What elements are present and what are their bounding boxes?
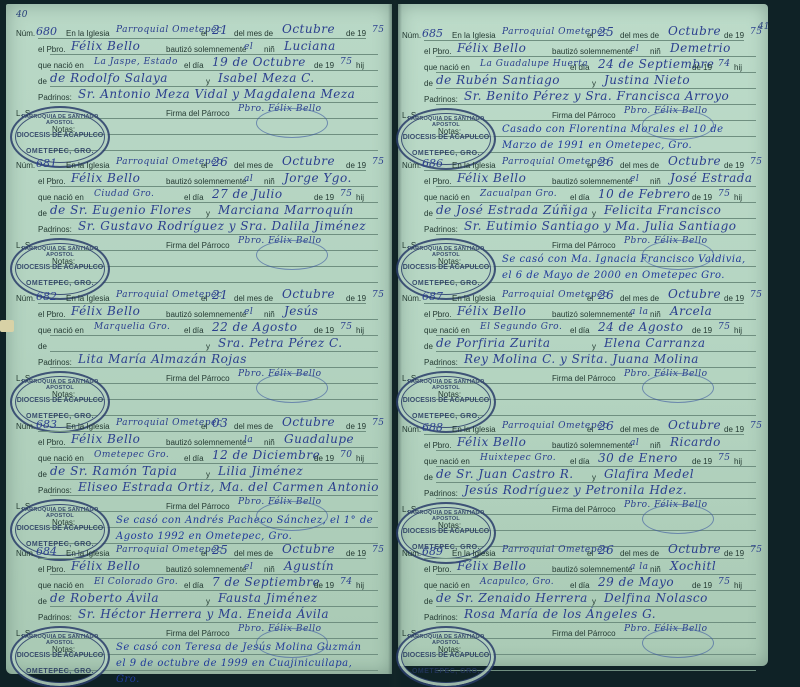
label-bautizo: bautizó solemnemente — [552, 177, 633, 186]
label-mes: del mes de — [620, 549, 659, 558]
label-y: y — [206, 470, 210, 479]
baptism-day: 26 — [212, 155, 228, 169]
label-y: y — [592, 597, 596, 606]
seal-town-text: OMETEPEC, GRO. — [12, 148, 108, 155]
priest-name: Félix Bello — [71, 171, 140, 185]
label-pbro: el Pbro. — [424, 441, 452, 450]
label-de: de — [424, 597, 433, 606]
father-name: de Sr. Juan Castro R. — [436, 467, 574, 481]
birth-year: 75 — [340, 57, 352, 67]
godparents: Jesús Rodríguez y Petronila Hdez. — [464, 483, 687, 497]
label-mes: del mes de — [620, 294, 659, 303]
seal-diocese-text: DIOCESIS DE ACAPULCO — [12, 264, 108, 271]
signature-flourish — [256, 240, 328, 270]
label-hij: hij — [734, 457, 742, 466]
birthplace: El Colorado Gro. — [94, 577, 178, 587]
birth-year: 75 — [340, 322, 352, 332]
label-nino: niñ — [264, 310, 275, 319]
priest-name: Félix Bello — [457, 559, 526, 573]
label-el: el — [587, 294, 593, 303]
baptism-day: 25 — [212, 543, 228, 557]
label-mes: del mes de — [234, 29, 273, 38]
child-article: al — [630, 438, 639, 448]
label-iglesia: En la Iglesia — [66, 29, 110, 38]
birthplace: Acapulco, Gro. — [480, 577, 554, 587]
label-pbro: el Pbro. — [38, 45, 66, 54]
label-de: de — [424, 79, 433, 88]
baptism-year: 75 — [372, 25, 384, 35]
baptism-entry: Núm.687En la IglesiaParroquial Ometepece… — [402, 293, 762, 425]
entry-number: 684 — [36, 545, 57, 558]
book-gutter — [388, 0, 402, 687]
father-name: de Roberto Ávila — [50, 591, 159, 605]
label-y: y — [206, 342, 210, 351]
label-iglesia: En la Iglesia — [452, 549, 496, 558]
ruled-line — [436, 319, 756, 320]
label-dia: el día — [184, 61, 204, 70]
label-hij: hij — [356, 193, 364, 202]
baptism-year: 75 — [372, 157, 384, 167]
label-el: el — [201, 294, 207, 303]
child-article: el — [630, 44, 639, 54]
label-num: Núm. — [402, 549, 421, 558]
priest-name: Félix Bello — [457, 41, 526, 55]
label-dia: el día — [570, 581, 590, 590]
ruled-line — [436, 367, 756, 368]
label-padrinos: Padrinos: — [424, 225, 458, 234]
parish-seal-stamp: PARROQUIA DE SANTIAGO APOSTOL DIOCESIS D… — [396, 238, 496, 300]
label-year: de 19 — [724, 549, 744, 558]
label-year: de 19 — [346, 549, 366, 558]
label-firma: Firma del Párroco — [166, 629, 230, 638]
label-bautizo: bautizó solemnemente — [552, 441, 633, 450]
label-birth-year: de 19 — [314, 326, 334, 335]
baptism-month: Octubre — [668, 542, 721, 556]
child-article: a la — [630, 307, 648, 317]
seal-parish-text: PARROQUIA DE SANTIAGO APOSTOL — [12, 634, 108, 646]
label-iglesia: En la Iglesia — [66, 549, 110, 558]
label-mes: del mes de — [234, 549, 273, 558]
label-bautizo: bautizó solemnemente — [552, 47, 633, 56]
birthplace: Ometepec Gro. — [94, 450, 169, 460]
label-firma: Firma del Párroco — [166, 374, 230, 383]
child-name: José Estrada — [670, 171, 753, 185]
ruled-line — [50, 234, 378, 235]
label-year: de 19 — [346, 29, 366, 38]
child-article: el — [244, 307, 253, 317]
label-bautizo: bautizó solemnemente — [166, 310, 247, 319]
label-padrinos: Padrinos: — [38, 225, 72, 234]
label-padrinos: Padrinos: — [424, 95, 458, 104]
ruled-line — [436, 622, 756, 623]
label-firma: Firma del Párroco — [166, 109, 230, 118]
priest-name: Félix Bello — [71, 432, 140, 446]
seal-town-text: OMETEPEC, GRO. — [12, 413, 108, 420]
label-dia: el día — [570, 326, 590, 335]
label-iglesia: En la Iglesia — [452, 294, 496, 303]
godparents: Rosa María de los Ángeles G. — [464, 607, 656, 621]
label-padrinos: Padrinos: — [38, 358, 72, 367]
label-el: el — [201, 29, 207, 38]
birthplace: Ciudad Gro. — [94, 189, 154, 199]
mother-name: Marciana Marroquín — [218, 203, 354, 217]
father-name: de José Estrada Zúñiga — [436, 203, 588, 217]
entry-notes: Casado con Florentina Morales el 10 de M… — [502, 122, 752, 154]
label-hij: hij — [734, 581, 742, 590]
label-de: de — [424, 473, 433, 482]
baptism-entry: Núm.682En la IglesiaParroquial Ometepece… — [16, 293, 384, 425]
label-iglesia: En la Iglesia — [452, 31, 496, 40]
label-year: de 19 — [724, 425, 744, 434]
label-birth-year: de 19 — [692, 457, 712, 466]
baptism-day: 26 — [598, 543, 614, 557]
label-padrinos: Padrinos: — [424, 613, 458, 622]
parish-seal-stamp: PARROQUIA DE SANTIAGO APOSTOL DIOCESIS D… — [10, 626, 110, 687]
label-y: y — [206, 597, 210, 606]
label-hij: hij — [734, 63, 742, 72]
seal-parish-text: PARROQUIA DE SANTIAGO APOSTOL — [398, 246, 494, 258]
entry-number: 680 — [36, 25, 57, 38]
baptism-entry: Núm.689En la IglesiaParroquial Ometepece… — [402, 548, 762, 680]
child-name: Xochitl — [670, 559, 716, 573]
label-el: el — [587, 549, 593, 558]
parish-seal-stamp: PARROQUIA DE SANTIAGO APOSTOL DIOCESIS D… — [396, 626, 496, 687]
label-num: Núm. — [16, 549, 35, 558]
mother-name: Fausta Jiménez — [218, 591, 318, 605]
baptism-month: Octubre — [282, 22, 335, 36]
label-pbro: el Pbro. — [38, 177, 66, 186]
birthplace: La Jaspe, Estado — [94, 57, 178, 67]
birth-year: 75 — [340, 189, 352, 199]
godparents: Sr. Eutimio Santiago y Ma. Julia Santiag… — [464, 219, 736, 233]
child-name: Jesús — [284, 304, 318, 318]
birth-date: 12 de Diciembre — [212, 448, 320, 462]
label-hij: hij — [734, 326, 742, 335]
label-mes: del mes de — [620, 425, 659, 434]
label-mes: del mes de — [620, 161, 659, 170]
godparents: Sr. Antonio Meza Vidal y Magdalena Meza — [78, 87, 355, 101]
ruled-line — [50, 367, 378, 368]
label-nino: niñ — [650, 47, 661, 56]
label-el: el — [587, 161, 593, 170]
label-el: el — [201, 161, 207, 170]
label-dia: el día — [184, 193, 204, 202]
priest-name: Félix Bello — [457, 304, 526, 318]
label-padrinos: Padrinos: — [424, 358, 458, 367]
baptism-entry: Núm.683En la IglesiaParroquial Ometepece… — [16, 421, 384, 553]
seal-town-text: OMETEPEC, GRO. — [398, 280, 494, 287]
child-name: Guadalupe — [284, 432, 354, 446]
label-num: Núm. — [16, 161, 35, 170]
label-y: y — [592, 209, 596, 218]
mother-name: Delfina Nolasco — [604, 591, 708, 605]
signature-flourish — [642, 628, 714, 658]
seal-parish-text: PARROQUIA DE SANTIAGO APOSTOL — [398, 379, 494, 391]
child-article: el — [630, 174, 639, 184]
baptism-year: 75 — [750, 545, 762, 555]
entry-number: 687 — [422, 290, 443, 303]
baptism-day: 21 — [212, 23, 228, 37]
godparents: Rey Molina C. y Srita. Juana Molina — [464, 352, 699, 366]
birthplace: Marquelia Gro. — [94, 322, 170, 332]
entry-notes: Se casó con Ma. Ignacia Francisco Valdiv… — [502, 252, 752, 284]
father-name: de Sr. Eugenio Flores — [50, 203, 192, 217]
label-nino: niñ — [264, 45, 275, 54]
label-nacio: que nació en — [38, 454, 84, 463]
label-y: y — [592, 342, 596, 351]
label-birth-year: de 19 — [314, 581, 334, 590]
baptism-entry: Núm.688En la IglesiaParroquial Ometepece… — [402, 424, 762, 556]
ruled-line — [436, 574, 756, 575]
birthplace: El Segundo Gro. — [480, 322, 562, 332]
label-pbro: el Pbro. — [38, 310, 66, 319]
priest-name: Félix Bello — [71, 304, 140, 318]
mother-name: Sra. Petra Pérez C. — [218, 336, 343, 350]
father-name: de Sr. Ramón Tapia — [50, 464, 177, 478]
father-name: de Sr. Zenaido Herrera — [436, 591, 588, 605]
label-de: de — [38, 342, 47, 351]
entry-number: 682 — [36, 290, 57, 303]
label-pbro: el Pbro. — [424, 177, 452, 186]
mother-name: Elena Carranza — [604, 336, 706, 350]
seal-diocese-text: DIOCESIS DE ACAPULCO — [12, 397, 108, 404]
label-nino: niñ — [650, 310, 661, 319]
mother-name: Isabel Meza C. — [218, 71, 315, 85]
ruled-line — [436, 234, 756, 235]
label-iglesia: En la Iglesia — [66, 161, 110, 170]
label-iglesia: En la Iglesia — [452, 161, 496, 170]
label-nacio: que nació en — [424, 63, 470, 72]
signature-flourish — [642, 373, 714, 403]
ruled-line — [50, 102, 378, 103]
priest-name: Félix Bello — [71, 559, 140, 573]
child-name: Ricardo — [670, 435, 721, 449]
baptism-year: 75 — [750, 290, 762, 300]
label-de: de — [424, 342, 433, 351]
label-pbro: el Pbro. — [424, 47, 452, 56]
seal-town-text: OMETEPEC, GRO. — [398, 150, 494, 157]
label-mes: del mes de — [234, 294, 273, 303]
birth-date: 30 de Enero — [598, 451, 678, 465]
label-nacio: que nació en — [38, 61, 84, 70]
seal-parish-text: PARROQUIA DE SANTIAGO APOSTOL — [12, 507, 108, 519]
label-padrinos: Padrinos: — [38, 613, 72, 622]
mother-name: Glafira Medel — [604, 467, 694, 481]
label-nino: niñ — [650, 565, 661, 574]
label-dia: el día — [184, 581, 204, 590]
label-y: y — [592, 79, 596, 88]
label-el: el — [587, 31, 593, 40]
label-num: Núm. — [16, 29, 35, 38]
entry-number: 683 — [36, 418, 57, 431]
priest-name: Félix Bello — [457, 171, 526, 185]
birth-year: 70 — [340, 450, 352, 460]
seal-town-text: OMETEPEC, GRO. — [12, 541, 108, 548]
birthplace: Zacualpan Gro. — [480, 189, 557, 199]
birth-date: 7 de Septiembre — [212, 575, 320, 589]
label-birth-year: de 19 — [692, 63, 712, 72]
label-nino: niñ — [650, 441, 661, 450]
seal-town-text: OMETEPEC, GRO. — [12, 668, 108, 675]
baptism-month: Octubre — [282, 415, 335, 429]
label-y: y — [206, 209, 210, 218]
label-birth-year: de 19 — [314, 454, 334, 463]
birth-date: 29 de Mayo — [598, 575, 674, 589]
label-de: de — [38, 209, 47, 218]
signature-flourish — [642, 504, 714, 534]
entry-number: 688 — [422, 421, 443, 434]
birth-date: 27 de Julio — [212, 187, 283, 201]
label-y: y — [206, 77, 210, 86]
child-name: Jorge Ygo. — [284, 171, 352, 185]
label-de: de — [38, 77, 47, 86]
label-birth-year: de 19 — [314, 193, 334, 202]
baptism-year: 75 — [372, 418, 384, 428]
seal-diocese-text: DIOCESIS DE ACAPULCO — [398, 397, 494, 404]
ruled-line — [436, 104, 756, 105]
label-num: Núm. — [402, 425, 421, 434]
label-num: Núm. — [402, 161, 421, 170]
label-firma: Firma del Párroco — [552, 374, 616, 383]
label-nacio: que nació en — [424, 581, 470, 590]
label-firma: Firma del Párroco — [552, 629, 616, 638]
baptism-day: 21 — [212, 288, 228, 302]
child-name: Arcela — [670, 304, 712, 318]
label-birth-year: de 19 — [314, 61, 334, 70]
label-firma: Firma del Párroco — [552, 505, 616, 514]
birth-year: 74 — [340, 577, 352, 587]
parish-seal-stamp: PARROQUIA DE SANTIAGO APOSTOL DIOCESIS D… — [10, 106, 110, 168]
label-dia: el día — [184, 326, 204, 335]
entry-number: 689 — [422, 545, 443, 558]
child-article: el — [244, 42, 253, 52]
label-iglesia: En la Iglesia — [66, 294, 110, 303]
label-el: el — [587, 425, 593, 434]
baptism-month: Octubre — [282, 154, 335, 168]
seal-town-text: OMETEPEC, GRO. — [398, 668, 494, 675]
label-bautizo: bautizó solemnemente — [166, 438, 247, 447]
entry-number: 686 — [422, 157, 443, 170]
label-bautizo: bautizó solemnemente — [552, 310, 633, 319]
baptism-month: Octubre — [668, 24, 721, 38]
baptism-month: Octubre — [668, 287, 721, 301]
label-nacio: que nació en — [38, 193, 84, 202]
baptism-year: 75 — [372, 290, 384, 300]
baptism-entry: Núm.680En la IglesiaParroquial Ometepece… — [16, 28, 384, 160]
label-num: Núm. — [16, 422, 35, 431]
seal-diocese-text: DIOCESIS DE ACAPULCO — [398, 134, 494, 141]
label-nino: niñ — [264, 177, 275, 186]
seal-diocese-text: DIOCESIS DE ACAPULCO — [398, 264, 494, 271]
baptism-day: 25 — [598, 25, 614, 39]
signature-flourish — [256, 373, 328, 403]
birth-date: 10 de Febrero — [598, 187, 690, 201]
godparents: Eliseo Estrada Ortiz, Ma. del Carmen Ant… — [78, 480, 379, 494]
child-name: Demetrio — [670, 41, 731, 55]
ruled-line — [50, 495, 378, 496]
label-birth-year: de 19 — [692, 581, 712, 590]
label-dia: el día — [570, 457, 590, 466]
baptism-year: 75 — [372, 545, 384, 555]
label-padrinos: Padrinos: — [38, 93, 72, 102]
mother-name: Justina Nieto — [604, 73, 690, 87]
mother-name: Lilia Jiménez — [218, 464, 303, 478]
label-el: el — [201, 549, 207, 558]
seal-diocese-text: DIOCESIS DE ACAPULCO — [12, 652, 108, 659]
baptism-year: 75 — [750, 157, 762, 167]
birth-year: 75 — [718, 322, 730, 332]
label-nino: niñ — [650, 177, 661, 186]
label-de: de — [38, 597, 47, 606]
child-name: Agustín — [284, 559, 334, 573]
label-pbro: el Pbro. — [38, 565, 66, 574]
label-hij: hij — [356, 61, 364, 70]
label-bautizo: bautizó solemnemente — [166, 45, 247, 54]
godparents: Lita María Almazán Rojas — [78, 352, 247, 366]
ruled-line — [436, 450, 756, 451]
godparents: Sr. Benito Pérez y Sra. Francisca Arroyo — [464, 89, 729, 103]
label-iglesia: En la Iglesia — [66, 422, 110, 431]
father-name: de Rubén Santiago — [436, 73, 560, 87]
baptism-entry: Núm.686En la IglesiaParroquial Ometepece… — [402, 160, 762, 292]
baptism-entry: Núm.684En la IglesiaParroquial Ometepece… — [16, 548, 384, 680]
seal-town-text: OMETEPEC, GRO. — [398, 413, 494, 420]
birth-year: 75 — [718, 577, 730, 587]
seal-diocese-text: DIOCESIS DE ACAPULCO — [12, 132, 108, 139]
label-nacio: que nació en — [38, 326, 84, 335]
label-pbro: el Pbro. — [38, 438, 66, 447]
label-year: de 19 — [346, 294, 366, 303]
label-bautizo: bautizó solemnemente — [552, 565, 633, 574]
label-nino: niñ — [264, 565, 275, 574]
label-birth-year: de 19 — [692, 326, 712, 335]
seal-parish-text: PARROQUIA DE SANTIAGO APOSTOL — [398, 116, 494, 128]
label-firma: Firma del Párroco — [552, 241, 616, 250]
baptism-year: 75 — [750, 421, 762, 431]
binding-ribbon — [0, 320, 14, 332]
baptism-month: Octubre — [282, 542, 335, 556]
godparents: Sr. Héctor Herrera y Ma. Eneida Ávila — [78, 607, 329, 621]
birth-year: 74 — [718, 59, 730, 69]
ruled-line — [436, 498, 756, 499]
birth-date: 24 de Agosto — [598, 320, 683, 334]
godparents: Sr. Gustavo Rodríguez y Sra. Dalila Jimé… — [78, 219, 366, 233]
father-name: de Rodolfo Salaya — [50, 71, 168, 85]
entry-number: 685 — [422, 27, 443, 40]
baptism-day: 26 — [598, 288, 614, 302]
label-mes: del mes de — [234, 161, 273, 170]
label-year: de 19 — [346, 161, 366, 170]
label-nino: niñ — [264, 438, 275, 447]
child-article: al — [244, 174, 253, 184]
label-hij: hij — [356, 581, 364, 590]
signature-flourish — [256, 108, 328, 138]
label-iglesia: En la Iglesia — [452, 425, 496, 434]
ruled-line — [50, 622, 378, 623]
baptism-entry: Núm.685En la IglesiaParroquial Ometepece… — [402, 30, 762, 162]
label-dia: el día — [570, 193, 590, 202]
label-hij: hij — [356, 454, 364, 463]
seal-town-text: OMETEPEC, GRO. — [12, 280, 108, 287]
label-nacio: que nació en — [424, 193, 470, 202]
label-hij: hij — [356, 326, 364, 335]
label-year: de 19 — [346, 422, 366, 431]
label-y: y — [592, 473, 596, 482]
label-num: Núm. — [402, 294, 421, 303]
entry-notes: Se casó con Andrés Pacheco Sánchez, el 1… — [116, 513, 374, 545]
label-dia: el día — [570, 63, 590, 72]
priest-name: Félix Bello — [457, 435, 526, 449]
